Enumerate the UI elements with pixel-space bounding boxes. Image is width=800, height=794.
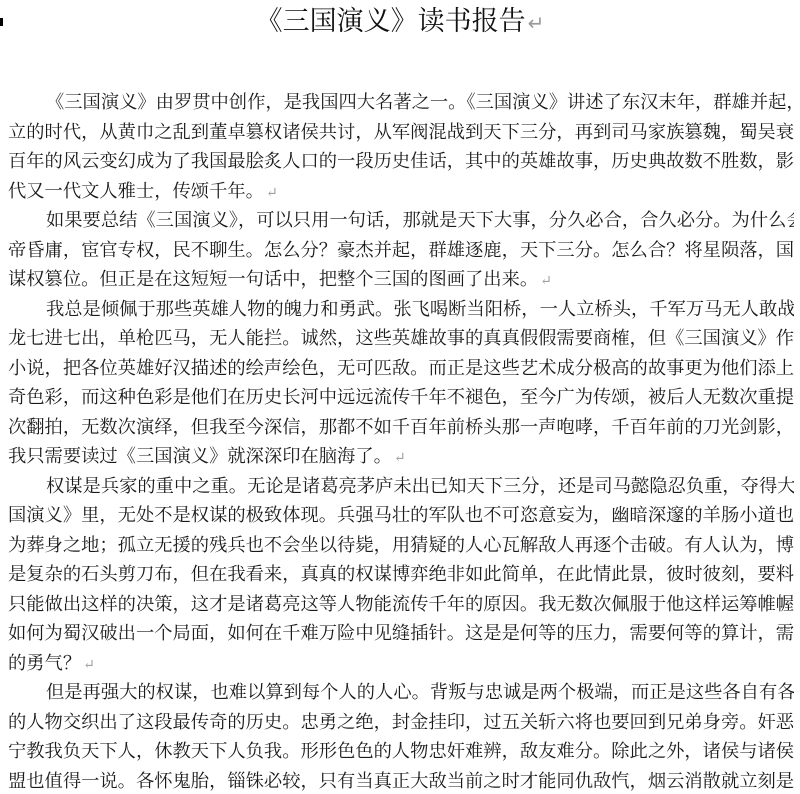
text-line: 代又一代文人雅士，传颂千年。	[8, 181, 264, 202]
text-line: 龙七进七出，单枪匹马，无人能拦。诚然，这些英雄故事的真真假假需要商榷，但《三国演…	[8, 324, 794, 354]
text-line: 小说，把各位英雄好汉描述的绘声绘色，无可匹敌。而正是这些艺术成分极高的故事更为他…	[8, 354, 794, 384]
text-line: 谋权篡位。但正是在这短短一句话中，把整个三国的图画了出来。	[8, 269, 538, 290]
text-line: 是复杂的石头剪刀布，但在我看来，真真的权谋博弈绝非如此简单，在此情此景，彼时彼刻…	[8, 560, 794, 590]
text-line: 的人物交织出了这段最传奇的历史。忠勇之绝，封金挂印，过五关斩六将也要回到兄弟身旁…	[8, 708, 794, 738]
document-title: 《三国演义》读书报告↵	[0, 4, 800, 41]
paragraph-4: 权谋是兵家的重中之重。无论是诸葛亮茅庐未出已知天下三分，还是司马懿隐忍负重，夺得…	[8, 472, 794, 679]
paragraph-mark-icon: ↵	[266, 185, 278, 201]
text-line-end: 我只需要读过《三国演义》就深深印在脑海了。↵	[8, 442, 794, 472]
paragraph-3: 我总是倾佩于那些英雄人物的魄力和勇武。张飞喝断当阳桥，一人立桥头，千军万马无人敢…	[8, 295, 794, 472]
text-line: 《三国演义》由罗贯中创作，是我国四大名著之一。《三国演义》讲述了东汉末年，群雄并…	[8, 88, 794, 118]
text-line: 我总是倾佩于那些英雄人物的魄力和勇武。张飞喝断当阳桥，一人立桥头，千军万马无人敢…	[8, 295, 794, 325]
text-line: 次翻拍，无数次演绎，但我至今深信，那都不如千百年前桥头那一声咆哮，千百年前的刀光…	[8, 413, 794, 443]
paragraph-mark-icon: ↵	[83, 657, 95, 673]
text-line: 帝昏庸，宦官专权，民不聊生。怎么分？豪杰并起，群雄逐鹿，天下三分。怎么合？将星陨…	[8, 236, 794, 266]
text-line: 只能做出这样的决策，这才是诸葛亮这等人物能流传千年的原因。我无数次佩服于他这样运…	[8, 590, 794, 620]
text-line-end: 谋权篡位。但正是在这短短一句话中，把整个三国的图画了出来。↵	[8, 265, 794, 295]
text-line-end: 的勇气？↵	[8, 649, 794, 679]
text-line: 的勇气？	[8, 653, 81, 674]
text-line: 我只需要读过《三国演义》就深深印在脑海了。	[8, 446, 392, 467]
text-line: 宁教我负天下人，休教天下人负我。形形色色的人物忠奸难辨，敌友难分。除此之外，诸侯…	[8, 737, 794, 767]
text-line: 如果要总结《三国演义》，可以只用一句话，那就是天下大事，分久必合，合久必分。为什…	[8, 206, 794, 236]
paragraph-1: 《三国演义》由罗贯中创作，是我国四大名著之一。《三国演义》讲述了东汉末年，群雄并…	[8, 88, 794, 206]
text-line: 盟也值得一说。各怀鬼胎，锱铢必较，只有当真正大敌当前之时才能同仇敌忾，烟云消散就…	[8, 767, 794, 794]
document-title-text: 《三国演义》读书报告	[256, 6, 526, 37]
text-line: 立的时代，从黄巾之乱到董卓篡权诸侯共讨，从军阀混战到天下三分，再到司马家族篡魏，…	[8, 118, 794, 148]
text-line: 国演义》里，无处不是权谋的极致体现。兵强马壮的军队也不可恣意妄为，幽暗深邃的羊肠…	[8, 501, 794, 531]
text-line: 百年的风云变幻成为了我国最脍炙人口的一段历史佳话，其中的英雄故事，历史典故数不胜…	[8, 147, 794, 177]
paragraph-2: 如果要总结《三国演义》，可以只用一句话，那就是天下大事，分久必合，合久必分。为什…	[8, 206, 794, 295]
text-line-end: 代又一代文人雅士，传颂千年。↵	[8, 177, 794, 207]
text-line: 奇色彩，而这种色彩是他们在历史长河中远远流传千年不褪色，至今广为传颂，被后人无数…	[8, 383, 794, 413]
document-body[interactable]: 《三国演义》由罗贯中创作，是我国四大名著之一。《三国演义》讲述了东汉末年，群雄并…	[8, 88, 794, 794]
text-line: 但是再强大的权谋，也难以算到每个人的人心。背叛与忠诚是两个极端，而正是这些各自有…	[8, 678, 794, 708]
paragraph-5: 但是再强大的权谋，也难以算到每个人的人心。背叛与忠诚是两个极端，而正是这些各自有…	[8, 678, 794, 794]
paragraph-mark-icon: ↵	[394, 450, 406, 466]
text-line: 权谋是兵家的重中之重。无论是诸葛亮茅庐未出已知天下三分，还是司马懿隐忍负重，夺得…	[8, 472, 794, 502]
paragraph-mark-icon: ↵	[540, 273, 552, 289]
text-line: 为葬身之地；孤立无援的残兵也不会坐以待毙，用猜疑的人心瓦解敌人再逐个击破。有人认…	[8, 531, 794, 561]
paragraph-mark-icon: ↵	[528, 11, 545, 35]
text-line: 如何为蜀汉破出一个局面，如何在千难万险中见缝插针。这是是何等的压力，需要何等的算…	[8, 619, 794, 649]
